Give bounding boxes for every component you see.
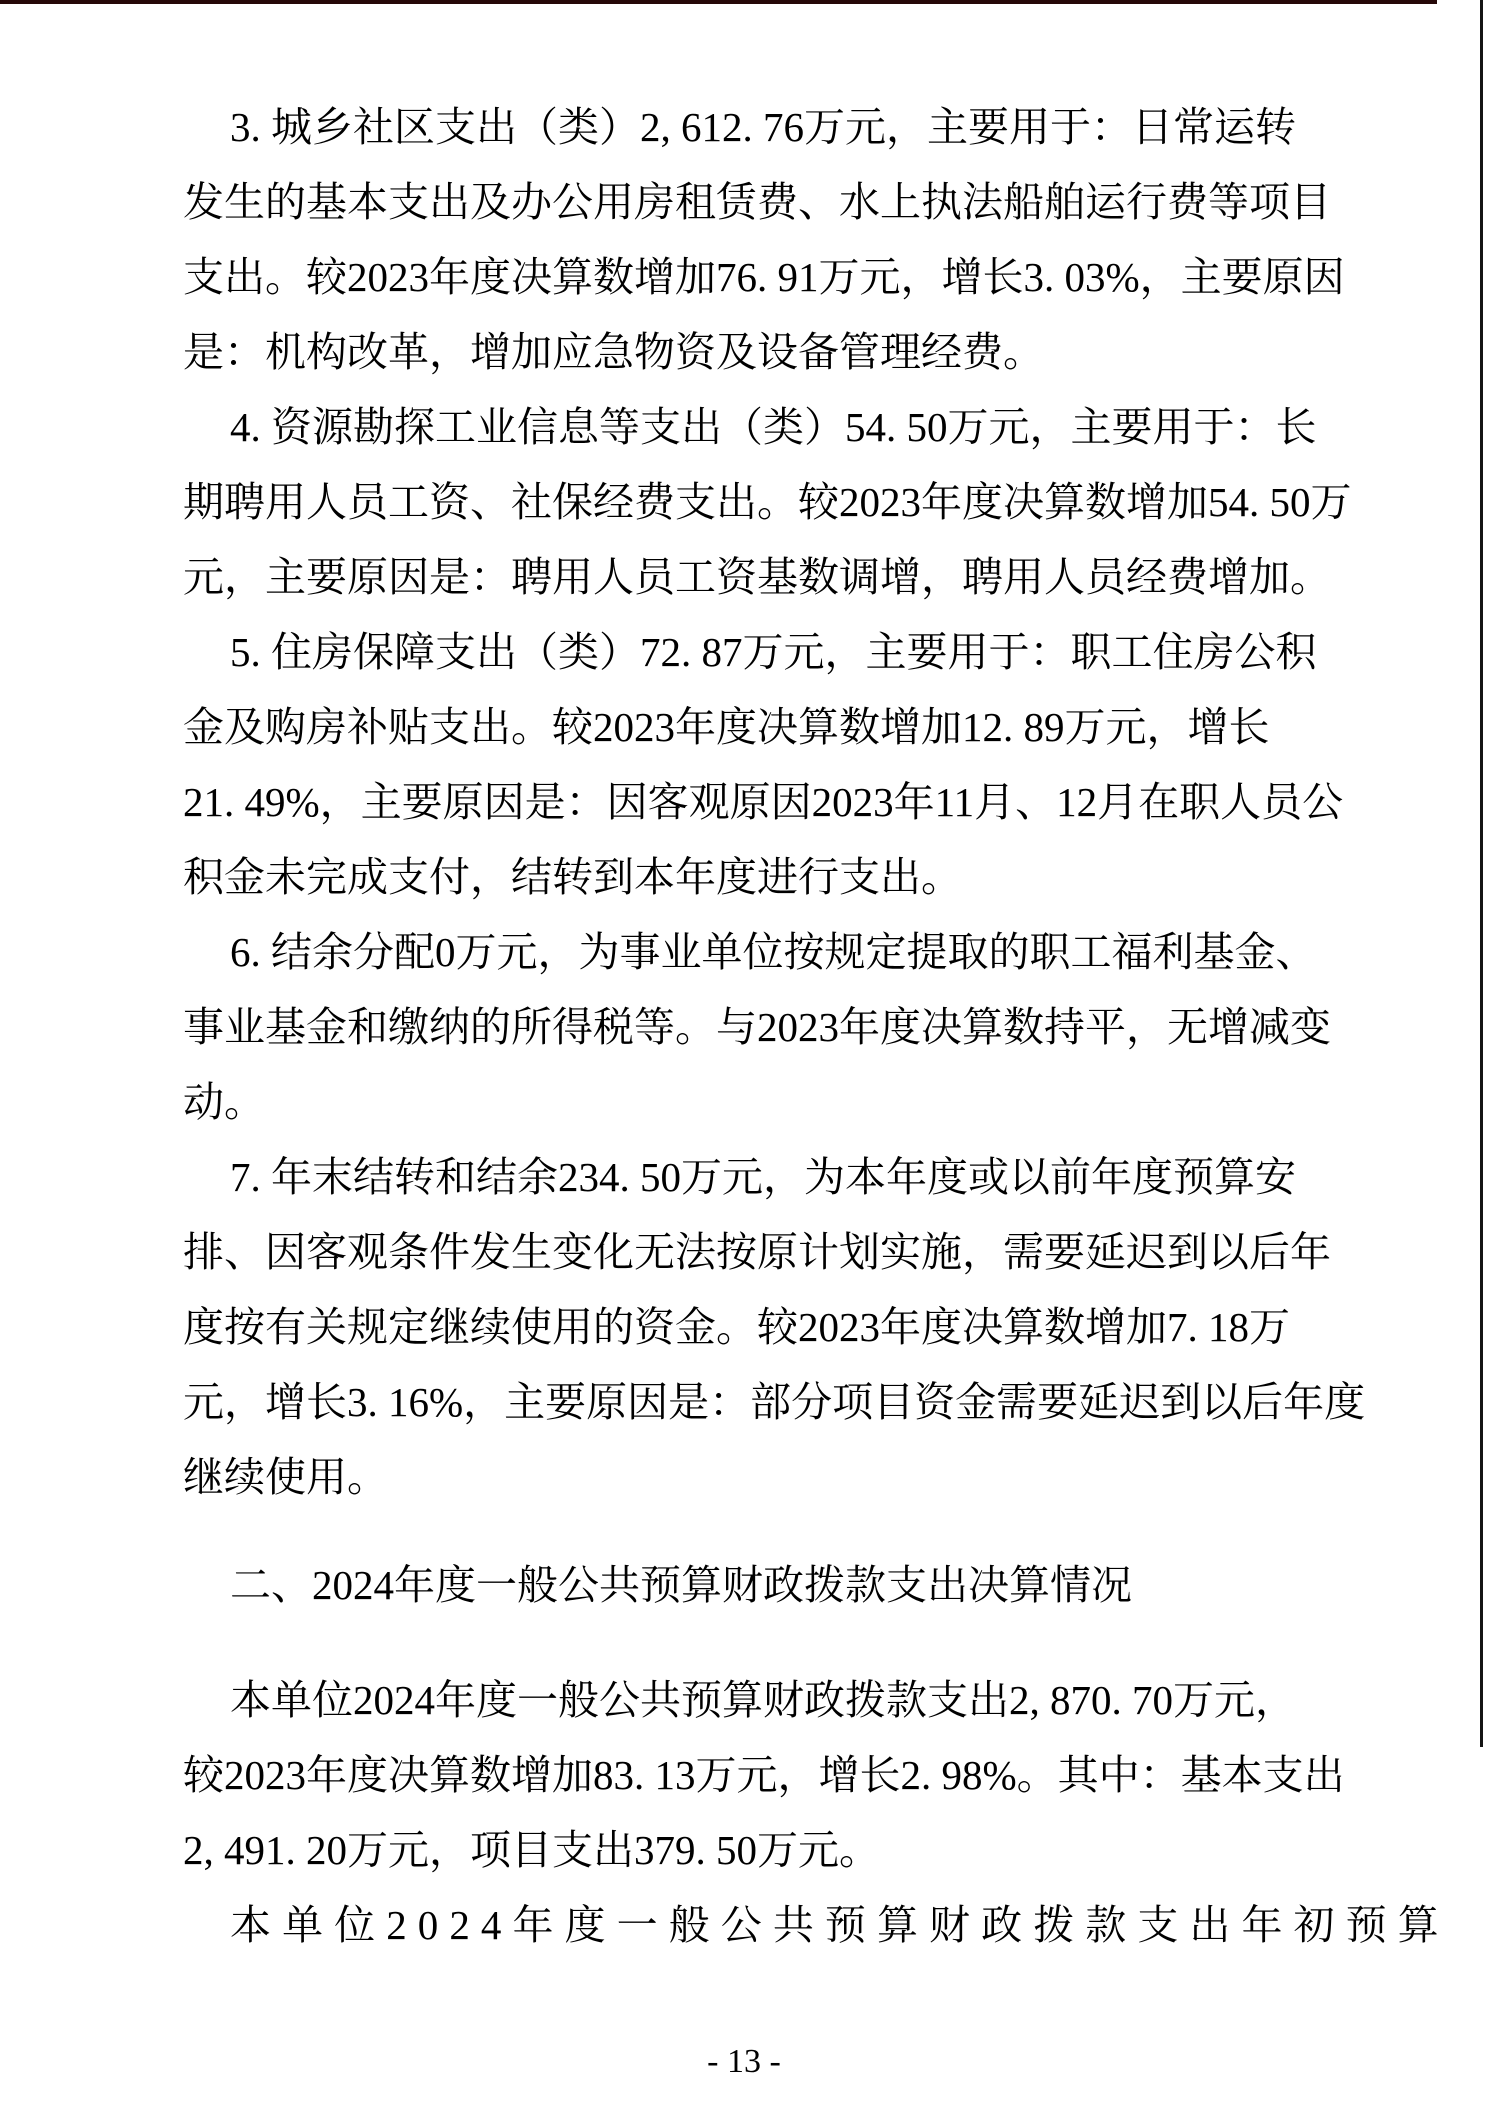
body-line: 元，主要原因是：聘用人员工资基数调增，聘用人员经费增加。 <box>183 540 1333 615</box>
page-number: - 13 - <box>0 2042 1488 2082</box>
body-line: 事业基金和缴纳的所得税等。与2023年度决算数持平，无增减变 <box>183 990 1333 1065</box>
body-line: 期聘用人员工资、社保经费支出。较2023年度决算数增加54. 50万 <box>183 465 1333 540</box>
body-line: 21. 49%，主要原因是：因客观原因2023年11月、12月在职人员公 <box>183 765 1333 840</box>
body-line: 本单位2024年度一般公共预算财政拨款支出2, 870. 70万元， <box>183 1663 1333 1738</box>
body-line: 本单位2024年度一般公共预算财政拨款支出年初预算 <box>183 1888 1333 1963</box>
body-line: 金及购房补贴支出。较2023年度决算数增加12. 89万元，增长 <box>183 690 1333 765</box>
body-line: 继续使用。 <box>183 1440 1333 1515</box>
body-line: 积金未完成支付，结转到本年度进行支出。 <box>183 840 1333 915</box>
body-line: 4. 资源勘探工业信息等支出（类）54. 50万元，主要用于：长 <box>183 390 1333 465</box>
document-page: 3. 城乡社区支出（类）2, 612. 76万元，主要用于：日常运转 发生的基本… <box>0 0 1488 2104</box>
body-line: 较2023年度决算数增加83. 13万元，增长2. 98%。其中：基本支出 <box>183 1738 1333 1813</box>
body-line: 3. 城乡社区支出（类）2, 612. 76万元，主要用于：日常运转 <box>183 90 1333 165</box>
body-line: 动。 <box>183 1065 1333 1140</box>
scan-top-edge-band <box>0 0 1437 4</box>
scan-right-edge-line <box>1480 0 1483 1747</box>
section-heading: 二、2024年度一般公共预算财政拨款支出决算情况 <box>183 1548 1333 1623</box>
body-line: 度按有关规定继续使用的资金。较2023年度决算数增加7. 18万 <box>183 1290 1333 1365</box>
body-line: 发生的基本支出及办公用房租赁费、水上执法船舶运行费等项目 <box>183 165 1333 240</box>
body-line: 7. 年末结转和结余234. 50万元，为本年度或以前年度预算安 <box>183 1140 1333 1215</box>
body-line: 2, 491. 20万元，项目支出379. 50万元。 <box>183 1813 1333 1888</box>
body-line: 5. 住房保障支出（类）72. 87万元，主要用于：职工住房公积 <box>183 615 1333 690</box>
body-line: 支出。较2023年度决算数增加76. 91万元，增长3. 03%，主要原因 <box>183 240 1333 315</box>
body-line: 排、因客观条件发生变化无法按原计划实施，需要延迟到以后年 <box>183 1215 1333 1290</box>
body-line: 6. 结余分配0万元，为事业单位按规定提取的职工福利基金、 <box>183 915 1333 990</box>
body-line: 元，增长3. 16%，主要原因是：部分项目资金需要延迟到以后年度 <box>183 1365 1333 1440</box>
document-body: 3. 城乡社区支出（类）2, 612. 76万元，主要用于：日常运转 发生的基本… <box>183 90 1333 1963</box>
body-line: 是：机构改革，增加应急物资及设备管理经费。 <box>183 315 1333 390</box>
